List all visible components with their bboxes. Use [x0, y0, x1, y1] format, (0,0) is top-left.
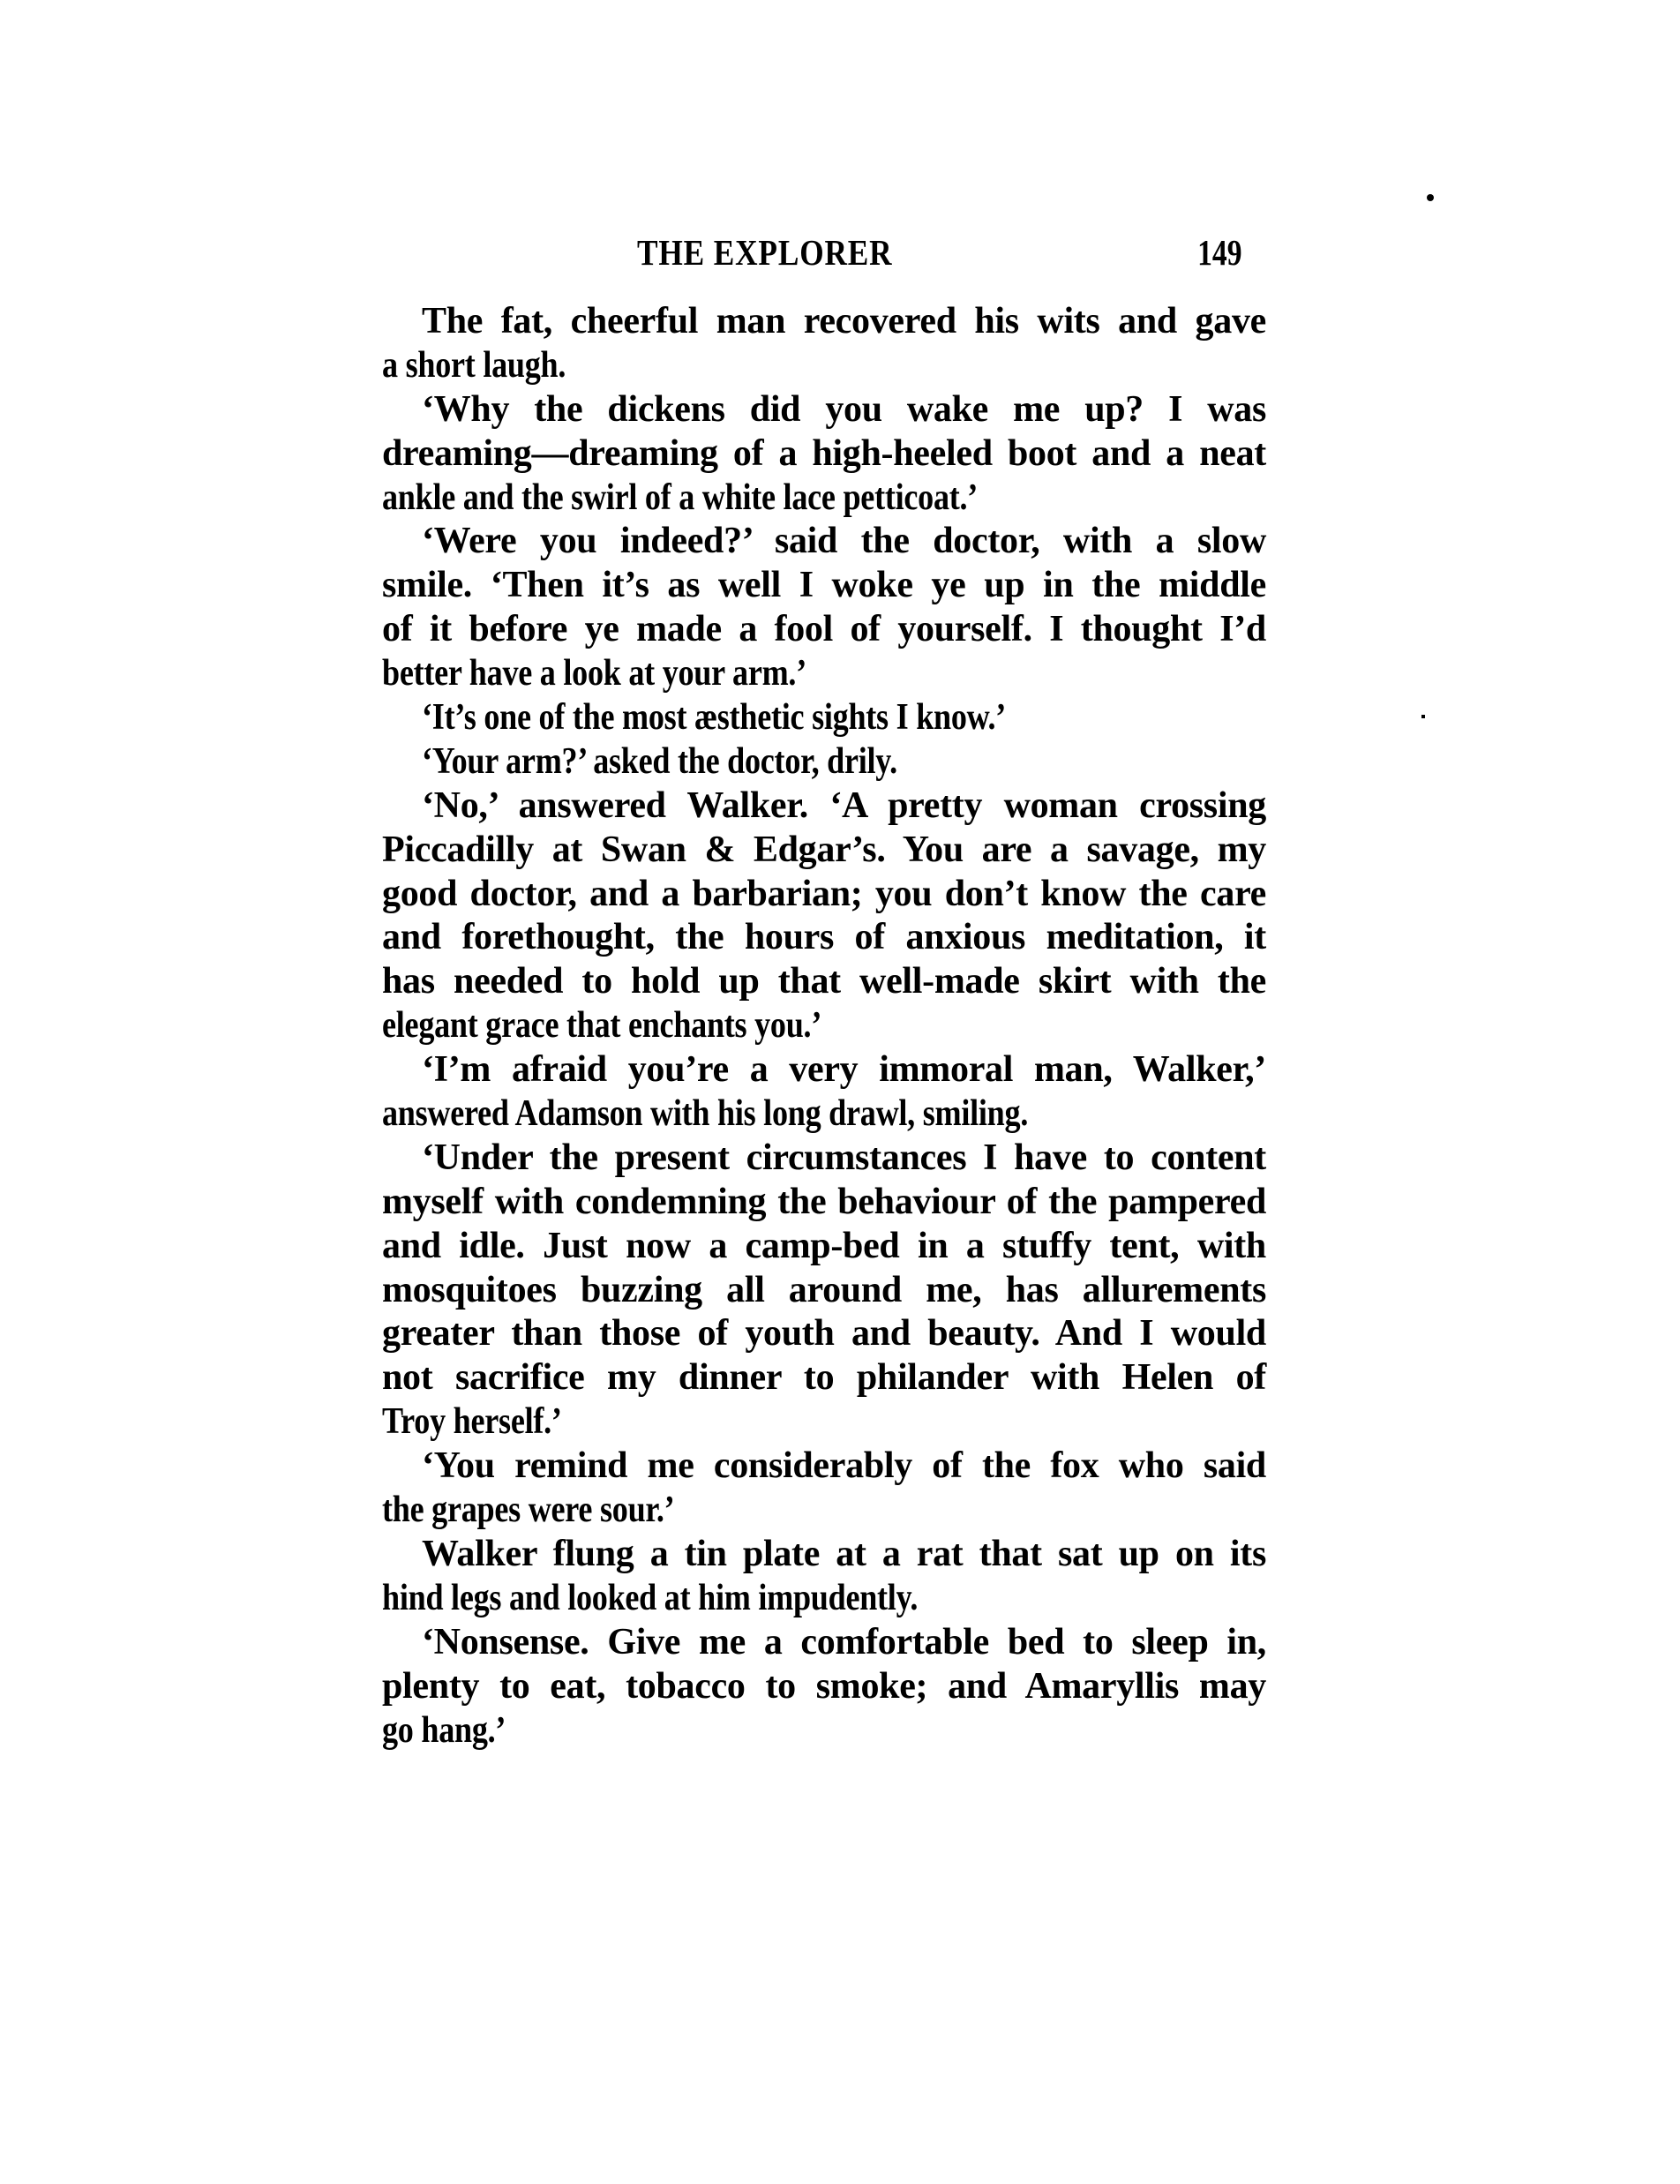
- text-line-content: ‘No,’ answered Walker. ‘A pretty woman c…: [422, 784, 1266, 829]
- book-page: THE EXPLORER 149 The fat, cheerful man r…: [0, 0, 1680, 2184]
- text-line-content: ‘Were you indeed?’ said the doctor, with…: [422, 520, 1266, 564]
- text-line: ‘Why the dickens did you wake me up? I w…: [382, 388, 1266, 432]
- text-line-content: of it before ye made a fool of yourself.…: [382, 608, 1266, 652]
- text-line: the grapes were sour.’: [382, 1489, 1266, 1533]
- text-line-content: ‘It’s one of the most æsthetic sights I …: [422, 696, 1006, 740]
- text-line-content: hind legs and looked at him impudently.: [382, 1577, 918, 1621]
- page-number: 149: [1197, 231, 1241, 274]
- text-line-content: and forethought, the hours of anxious me…: [382, 916, 1266, 960]
- text-line: ankle and the swirl of a white lace pett…: [382, 477, 1266, 521]
- text-line: of it before ye made a fool of yourself.…: [382, 608, 1266, 652]
- text-line-content: elegant grace that enchants you.’: [382, 1004, 821, 1048]
- text-line: has needed to hold up that well-made ski…: [382, 960, 1266, 1004]
- text-line: ‘No,’ answered Walker. ‘A pretty woman c…: [382, 784, 1266, 829]
- text-line: good doctor, and a barbarian; you don’t …: [382, 873, 1266, 917]
- text-line-content: the grapes were sour.’: [382, 1489, 674, 1533]
- text-line-content: has needed to hold up that well-made ski…: [382, 960, 1266, 1004]
- text-line-content: ‘Nonsense. Give me a comfortable bed to …: [422, 1621, 1266, 1665]
- text-line: ‘It’s one of the most æsthetic sights I …: [382, 696, 1266, 740]
- text-line-content: dreaming—dreaming of a high-heeled boot …: [382, 432, 1266, 477]
- text-line: greater than those of youth and beauty. …: [382, 1312, 1266, 1356]
- text-line: and forethought, the hours of anxious me…: [382, 916, 1266, 960]
- text-line: myself with condemning the behaviour of …: [382, 1181, 1266, 1225]
- text-line-content: and idle. Just now a camp-bed in a stuff…: [382, 1225, 1266, 1269]
- text-line: and idle. Just now a camp-bed in a stuff…: [382, 1225, 1266, 1269]
- text-line: better have a look at your arm.’: [382, 652, 1266, 696]
- text-line-content: ankle and the swirl of a white lace pett…: [382, 477, 978, 521]
- text-line-content: mosquitoes buzzing all around me, has al…: [382, 1269, 1266, 1313]
- scan-speck: [1427, 194, 1434, 201]
- text-line-content: Piccadilly at Swan & Edgar’s. You are a …: [382, 829, 1266, 873]
- text-line: dreaming—dreaming of a high-heeled boot …: [382, 432, 1266, 477]
- text-line-content: ‘Why the dickens did you wake me up? I w…: [422, 388, 1266, 432]
- text-line: smile. ‘Then it’s as well I woke ye up i…: [382, 564, 1266, 608]
- text-line-content: ‘You remind me considerably of the fox w…: [422, 1445, 1266, 1489]
- text-line: answered Adamson with his long drawl, sm…: [382, 1092, 1266, 1137]
- text-line-content: a short laugh.: [382, 344, 566, 388]
- scan-speck: [1421, 715, 1425, 718]
- text-line-content: ‘Your arm?’ asked the doctor, drily.: [422, 740, 897, 784]
- text-line-content: The fat, cheerful man recovered his wits…: [422, 300, 1266, 344]
- text-line: Walker flung a tin plate at a rat that s…: [382, 1533, 1266, 1577]
- text-line-content: answered Adamson with his long drawl, sm…: [382, 1092, 1028, 1137]
- text-line: ‘I’m afraid you’re a very immoral man, W…: [382, 1048, 1266, 1092]
- text-line: plenty to eat, tobacco to smoke; and Ama…: [382, 1665, 1266, 1709]
- running-title: THE EXPLORER: [637, 231, 893, 274]
- text-line-content: not sacrifice my dinner to philander wit…: [382, 1356, 1266, 1400]
- text-line-content: ‘Under the present circumstances I have …: [422, 1137, 1266, 1181]
- text-line-content: good doctor, and a barbarian; you don’t …: [382, 873, 1266, 917]
- text-line-content: smile. ‘Then it’s as well I woke ye up i…: [382, 564, 1266, 608]
- text-line: hind legs and looked at him impudently.: [382, 1577, 1266, 1621]
- text-line: go hang.’: [382, 1709, 1266, 1753]
- text-line-content: go hang.’: [382, 1709, 506, 1753]
- text-line-content: plenty to eat, tobacco to smoke; and Ama…: [382, 1665, 1266, 1709]
- text-line: ‘Nonsense. Give me a comfortable bed to …: [382, 1621, 1266, 1665]
- text-line: Troy herself.’: [382, 1400, 1266, 1445]
- text-line-content: ‘I’m afraid you’re a very immoral man, W…: [422, 1048, 1266, 1092]
- text-line: a short laugh.: [382, 344, 1266, 388]
- body-text: The fat, cheerful man recovered his wits…: [382, 300, 1266, 1752]
- text-line-content: better have a look at your arm.’: [382, 652, 806, 696]
- text-line: ‘You remind me considerably of the fox w…: [382, 1445, 1266, 1489]
- text-line-content: Walker flung a tin plate at a rat that s…: [422, 1533, 1266, 1577]
- text-line-content: myself with condemning the behaviour of …: [382, 1181, 1266, 1225]
- text-line: mosquitoes buzzing all around me, has al…: [382, 1269, 1266, 1313]
- text-line: not sacrifice my dinner to philander wit…: [382, 1356, 1266, 1400]
- running-head: THE EXPLORER 149: [382, 231, 1266, 274]
- text-line: ‘Your arm?’ asked the doctor, drily.: [382, 740, 1266, 784]
- text-line: The fat, cheerful man recovered his wits…: [382, 300, 1266, 344]
- text-line: ‘Were you indeed?’ said the doctor, with…: [382, 520, 1266, 564]
- text-line-content: greater than those of youth and beauty. …: [382, 1312, 1266, 1356]
- text-line: elegant grace that enchants you.’: [382, 1004, 1266, 1048]
- text-line: Piccadilly at Swan & Edgar’s. You are a …: [382, 829, 1266, 873]
- text-line: ‘Under the present circumstances I have …: [382, 1137, 1266, 1181]
- text-line-content: Troy herself.’: [382, 1400, 562, 1445]
